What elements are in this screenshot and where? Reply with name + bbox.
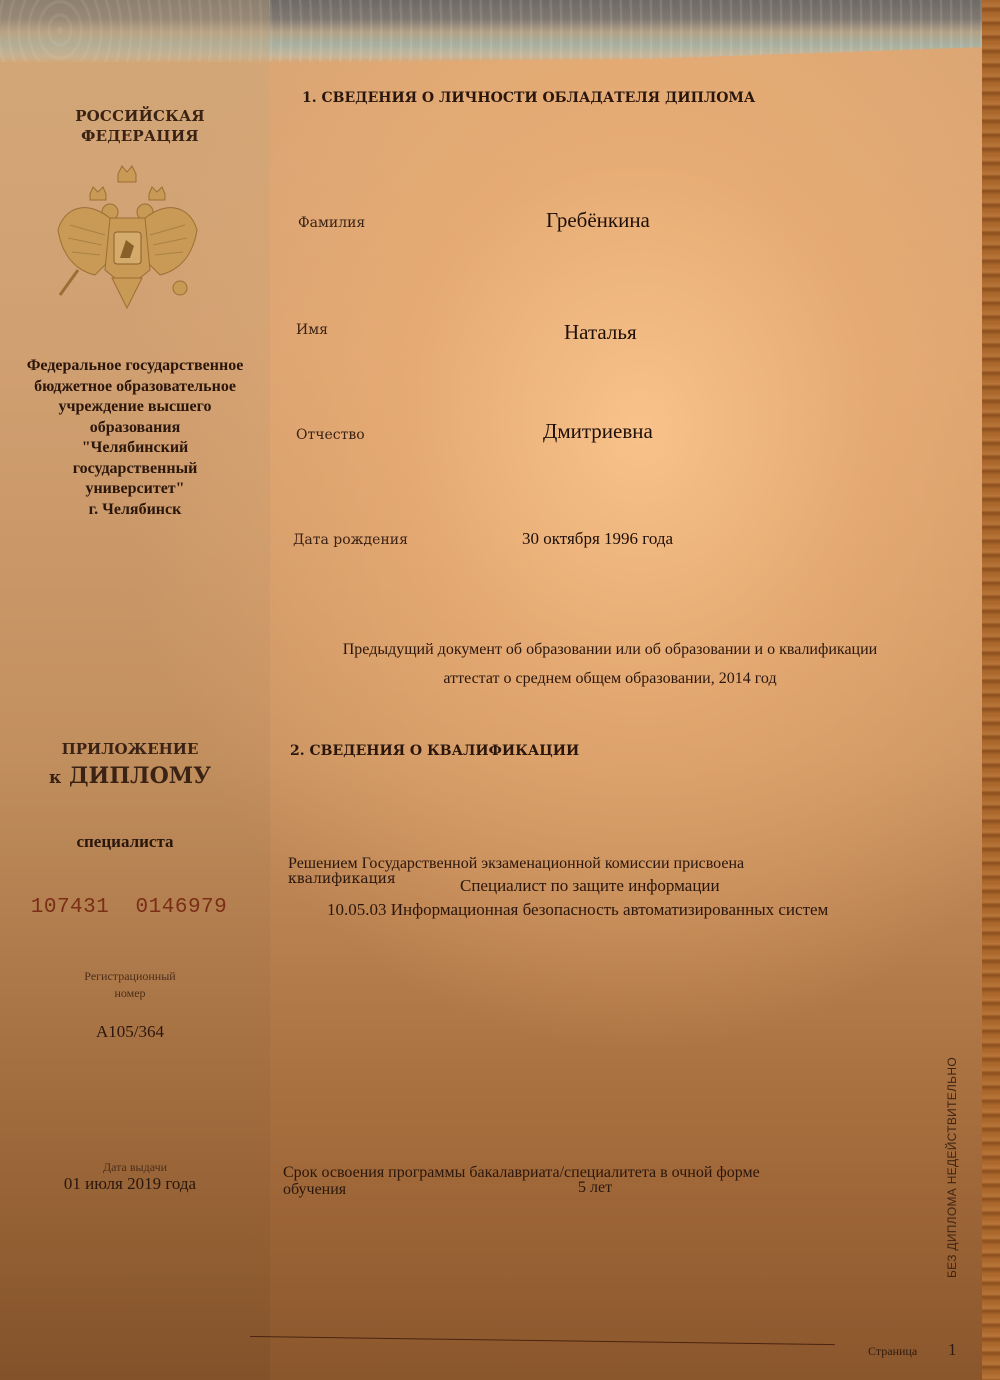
- surname-label: Фамилия: [298, 215, 365, 231]
- footer-divider: [250, 1336, 835, 1345]
- issue-date-label: Дата выдачи: [30, 1160, 240, 1175]
- page-label: Страница: [868, 1344, 917, 1359]
- institution-name: Федеральное государственное бюджетное об…: [10, 356, 260, 520]
- institution-line: учреждение высшего: [10, 397, 260, 418]
- institution-line: государственный: [10, 459, 260, 480]
- previous-document-label: Предыдущий документ об образовании или о…: [290, 641, 930, 659]
- name-value: Наталья: [564, 320, 637, 345]
- institution-line: Федеральное государственное: [10, 356, 260, 377]
- issue-date: 01 июля 2019 года: [30, 1174, 230, 1194]
- qualification-value: Специалист по защите информации: [460, 876, 720, 896]
- serial-number: 107431 0146979: [24, 896, 234, 919]
- institution-line: "Челябинский: [10, 438, 260, 459]
- supplement-title: ПРИЛОЖЕНИЕ: [30, 740, 230, 758]
- registration-label-line: Регистрационный: [40, 968, 220, 985]
- patronymic-label: Отчество: [296, 427, 365, 443]
- patronymic-value: Дмитриевна: [543, 419, 653, 444]
- dob-value: 30 октября 1996 года: [522, 529, 673, 549]
- surname-value: Гребёнкина: [546, 208, 650, 233]
- degree-level: специалиста: [20, 832, 230, 852]
- qualification-label: квалификация: [288, 871, 396, 887]
- country-line-1: РОССИЙСКАЯ: [40, 106, 240, 126]
- study-term-label-cont: обучения: [283, 1181, 346, 1199]
- registration-label: Регистрационный номер: [40, 968, 220, 1002]
- institution-line: образования: [10, 418, 260, 439]
- coat-of-arms-icon: [50, 160, 205, 315]
- supplement-subtitle-prefix: к: [49, 768, 61, 788]
- registration-number: А105/364: [40, 1022, 220, 1042]
- institution-line: г. Челябинск: [10, 500, 260, 521]
- dob-label: Дата рождения: [293, 532, 408, 548]
- specialty-value: 10.05.03 Информационная безопасность авт…: [327, 900, 828, 920]
- institution-line: бюджетное образовательное: [10, 377, 260, 398]
- previous-document-value: аттестат о среднем общем образовании, 20…: [290, 670, 930, 688]
- table-surface-edge: [982, 0, 1000, 1380]
- diploma-supplement-page: РОССИЙСКАЯ ФЕДЕРАЦИЯ: [0, 0, 1000, 1380]
- institution-line: университет": [10, 479, 260, 500]
- section-1-title: 1. СВЕДЕНИЯ О ЛИЧНОСТИ ОБЛАДАТЕЛЯ ДИПЛОМ…: [302, 90, 755, 106]
- study-term-label: Срок освоения программы бакалавриата/спе…: [283, 1164, 760, 1182]
- page-number: 1: [948, 1340, 957, 1360]
- validity-note: БЕЗ ДИПЛОМА НЕДЕЙСТВИТЕЛЬНО: [945, 1045, 961, 1290]
- supplement-subtitle-main: ДИПЛОМУ: [69, 763, 211, 789]
- registration-label-line: номер: [40, 985, 220, 1002]
- country-heading: РОССИЙСКАЯ ФЕДЕРАЦИЯ: [40, 106, 240, 146]
- country-line-2: ФЕДЕРАЦИЯ: [40, 126, 240, 146]
- study-term-value: 5 лет: [578, 1179, 612, 1197]
- name-label: Имя: [296, 322, 328, 338]
- supplement-subtitle: к ДИПЛОМУ: [30, 763, 230, 789]
- section-2-title: 2. СВЕДЕНИЯ О КВАЛИФИКАЦИИ: [290, 743, 579, 759]
